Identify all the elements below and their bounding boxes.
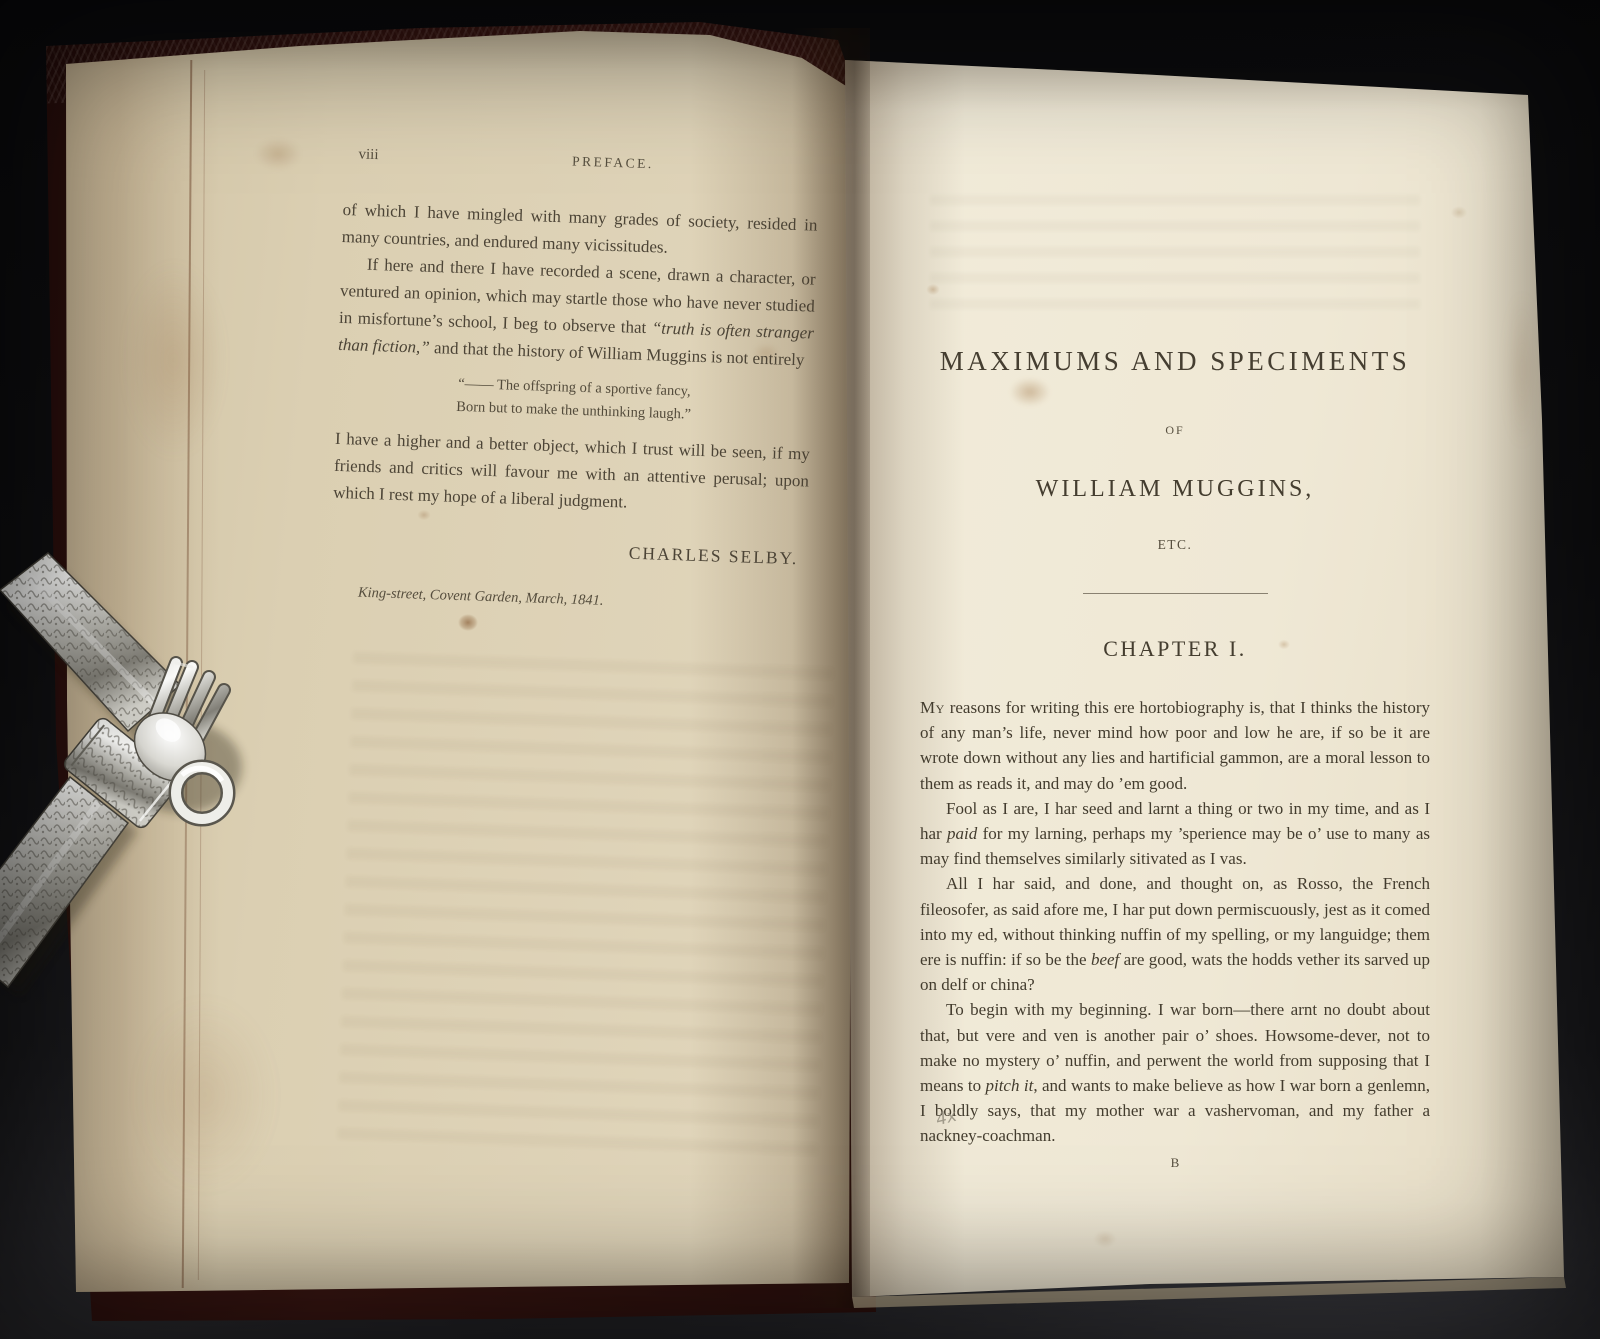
author-signature: CHARLES SELBY. [331, 530, 799, 572]
foxing-stain [1090, 1228, 1120, 1250]
paragraph: If here and there I have recorded a scen… [338, 250, 816, 374]
dateline: King-street, Covent Garden, March, 1841. [358, 580, 806, 622]
show-through-text [930, 195, 1420, 325]
foxing-stain [246, 132, 310, 176]
title-author-line: WILLIAM MUGGINS, [920, 476, 1430, 503]
running-header-row: viii PREFACE. [344, 140, 820, 184]
preface-body: of which I have mingled with many grades… [330, 196, 818, 622]
show-through-text [337, 652, 833, 1168]
paragraph-segment: and that the history of William Muggins … [429, 338, 804, 369]
paragraph: All I har said, and done, and thought on… [920, 871, 1430, 997]
paragraph-segment: for my larning, perhaps my ’sperience ma… [920, 824, 1430, 868]
paragraph-segment: reasons for writing this ere hortobiogra… [920, 698, 1430, 793]
book-photo-scene: viii PREFACE. of which I have mingled wi… [0, 0, 1600, 1339]
verse-quotation: “—— The offspring of a sportive fancy, B… [336, 369, 812, 431]
running-header: PREFACE. [392, 142, 834, 184]
italic-word: paid [947, 824, 977, 843]
foxing-stain [458, 614, 478, 631]
paragraph: I have a higher and a better object, whi… [333, 425, 810, 522]
paragraph: My reasons for writing this ere hortobio… [920, 695, 1430, 796]
book-title: MAXIMUMS AND SPECIMENTS [920, 346, 1430, 377]
title-of-label: OF [920, 423, 1430, 438]
page-number: viii [358, 141, 379, 169]
printers-signature-mark: B [920, 1155, 1430, 1171]
chapter-text-block: MAXIMUMS AND SPECIMENTS OF WILLIAM MUGGI… [920, 346, 1430, 1171]
clasp-lower-strap [0, 777, 128, 987]
gutter-shadow [792, 28, 870, 1308]
title-etc-label: ETC. [920, 537, 1430, 553]
chapter-body: My reasons for writing this ere hortobio… [920, 695, 1430, 1149]
foxing-stain [1448, 204, 1470, 221]
foxing-stain [1500, 260, 1544, 480]
small-caps-opening: My [920, 698, 945, 717]
foxing-stain [104, 220, 244, 500]
title-divider-rule [1083, 593, 1268, 594]
silver-bookmark-clasp [0, 535, 280, 1005]
italic-word: beef [1091, 950, 1119, 969]
italic-phrase: pitch it [985, 1076, 1033, 1095]
paragraph: To begin with my beginning. I war born—t… [920, 997, 1430, 1148]
preface-text-block: viii PREFACE. of which I have mingled wi… [330, 140, 820, 621]
paragraph: Fool as I are, I har seed and larnt a th… [920, 796, 1430, 872]
chapter-heading: CHAPTER I. [920, 636, 1430, 662]
foxing-stain [924, 282, 942, 297]
